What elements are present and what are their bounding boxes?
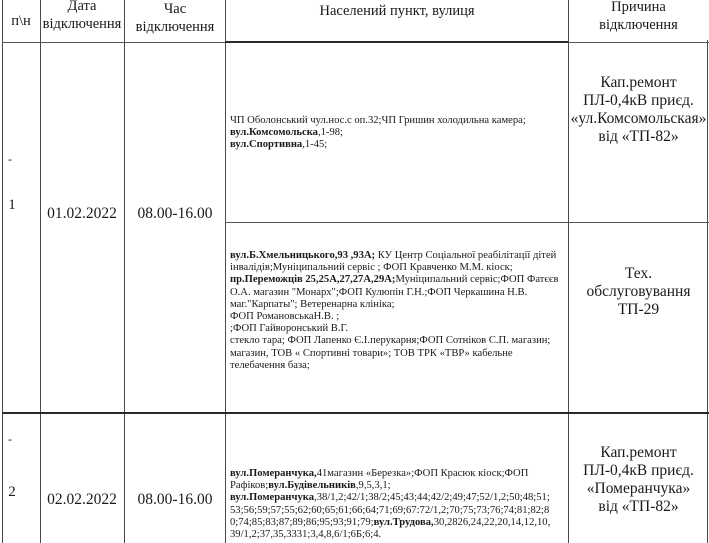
row-1-dash: - <box>8 152 12 167</box>
header-place: Населений пункт, вулиця <box>226 0 568 36</box>
header-num-label: п\н <box>11 12 31 30</box>
street-name: вул.Померанчука <box>230 492 314 503</box>
reason-line: від «ТП-82» <box>598 498 678 516</box>
street-name: вул.Будівельників <box>268 480 356 491</box>
row-2-number: 2 <box>2 482 22 502</box>
row-1-reason-2: Тех. обслуговування ТП-29 <box>568 262 709 322</box>
header-reason-label: Причина відключення <box>588 0 689 34</box>
street-name: вул.Спортивна <box>230 139 302 150</box>
header-date-label: Дата відключення <box>40 0 124 33</box>
grid-line <box>225 41 569 43</box>
header-date: Дата відключення <box>40 0 124 42</box>
reason-line: «ул.Комсомольская» <box>571 110 707 128</box>
address-text: ,1-98; <box>318 127 343 138</box>
row-1-date: 01.02.2022 <box>40 202 124 226</box>
reason-line: «Померанчука» <box>587 480 690 498</box>
row-2-time: 08.00-16.00 <box>124 488 226 512</box>
row-2-dash: - <box>8 432 12 447</box>
grid-line <box>2 0 3 543</box>
header-num: п\н <box>2 0 40 42</box>
street-name: пр.Переможців 25,25А,27,27А,29А; <box>230 274 395 285</box>
reason-line: Тех. <box>625 265 652 283</box>
grid-line <box>2 412 709 414</box>
row-1-address-2: вул.Б.Хмельницького,93 ,93А; КУ Центр Со… <box>230 250 565 372</box>
street-name: вул.Трудова, <box>374 517 434 528</box>
reason-line: ПЛ-0,4кВ приєд. <box>583 92 694 110</box>
street-name: вул.Померанчука, <box>230 468 317 479</box>
grid-line <box>225 222 709 223</box>
address-text: ФОП РомановськаН.В. ; <box>230 311 339 322</box>
header-time-label: Час відключення <box>124 0 226 36</box>
address-text: ,1-45; <box>302 139 327 150</box>
reason-line: від «ТП-82» <box>598 128 678 146</box>
address-text: ;ФОП Гайворонський В.Г. <box>230 323 348 334</box>
address-text: ЧП Оболонський чул.нос.с оп.32;ЧП Гришин… <box>230 115 526 126</box>
row-1-number: 1 <box>2 195 22 215</box>
grid-line <box>2 42 226 43</box>
address-text: стекло тара; ФОП Лапенко Є.І.перукарня;Ф… <box>230 335 550 370</box>
reason-line: обслуговування <box>587 283 691 301</box>
row-1-time: 08.00-16.00 <box>124 202 226 226</box>
grid-line <box>225 0 226 543</box>
row-2-reason-1: Кап.ремонт ПЛ-0,4кВ приєд. «Померанчука»… <box>568 440 709 520</box>
street-name: вул.Б.Хмельницького,93 ,93А; <box>230 250 375 261</box>
address-text: ,9,5,3,1; <box>356 480 391 491</box>
reason-line: Кап.ремонт <box>600 444 676 462</box>
header-reason: Причина відключення <box>568 0 709 42</box>
header-place-label: Населений пункт, вулиця <box>319 2 474 20</box>
grid-line <box>40 0 41 543</box>
row-2-address-1: вул.Померанчука,41магазин «Березка»;ФОП … <box>230 468 565 541</box>
header-time: Час відключення <box>124 0 226 42</box>
reason-line: ПЛ-0,4кВ приєд. <box>583 462 694 480</box>
row-1-address-1: ЧП Оболонський чул.нос.с оп.32;ЧП Гришин… <box>230 115 565 152</box>
row-2-date: 02.02.2022 <box>40 488 124 512</box>
street-name: вул.Комсомольска <box>230 127 318 138</box>
grid-line <box>124 0 125 543</box>
grid-line <box>568 42 709 43</box>
reason-line: ТП-29 <box>618 301 659 319</box>
row-1-reason-1: Кап.ремонт ПЛ-0,4кВ приєд. «ул.Комсомоль… <box>568 70 709 150</box>
reason-line: Кап.ремонт <box>600 74 676 92</box>
